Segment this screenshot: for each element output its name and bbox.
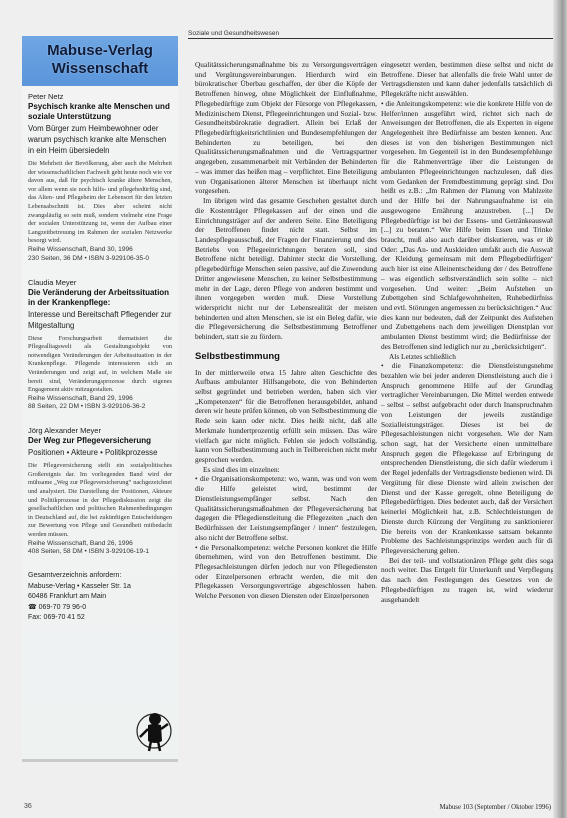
order-info: Gesamtverzeichnis anfordern: Mabuse-Verl… <box>28 571 172 624</box>
book-price: 230 Seiten, 36 DM • ISBN 3-929106-35-0 <box>28 255 172 264</box>
book-title: Psychisch kranke alte Menschen und sozia… <box>28 102 172 122</box>
book-description: Die Pflegeversicherung stellt ein sozial… <box>28 462 172 539</box>
order-city: 60486 Frankfurt am Main <box>28 592 172 603</box>
book-author: Peter Netz <box>28 92 172 102</box>
issue-footer: Mabuse 103 (September / Oktober 1996) <box>439 804 551 811</box>
article-column-1: Qualitätssicherungsmaßnahme bis zu Verso… <box>195 60 377 601</box>
order-fax: Fax: 069-70 41 52 <box>28 613 172 624</box>
magazine-page: Soziale und Gesundheitswesen Mabuse-Verl… <box>0 0 567 818</box>
ad-banner: Mabuse-Verlag Wissenschaft <box>22 36 178 86</box>
bullet-paragraph: • die Anleitungskompetenz: wie die konkr… <box>381 99 556 352</box>
article-column-2: eingesetzt werden, bestimmen diese selbs… <box>381 60 556 604</box>
page-binding-edge <box>553 0 567 818</box>
page-number: 36 <box>24 803 32 810</box>
book-series: Reihe Wissenschaft, Band 30, 1996 <box>28 246 172 255</box>
paragraph: Im übrigen wird das gesamte Geschehen ge… <box>195 196 377 342</box>
book-author: Jörg Alexander Meyer <box>28 426 172 436</box>
paragraph: Als Letztes schließlich <box>381 352 556 362</box>
order-heading: Gesamtverzeichnis anfordern: <box>28 571 172 582</box>
book-series: Reihe Wissenschaft, Band 26, 1996 <box>28 540 172 549</box>
running-header: Soziale und Gesundheitswesen <box>188 30 554 39</box>
book-entry: Jörg Alexander Meyer Der Weg zur Pflegev… <box>28 426 172 557</box>
book-subtitle: Positionen • Akteure • Politikprozesse <box>28 447 172 458</box>
publisher-advertisement: Mabuse-Verlag Wissenschaft Peter Netz Ps… <box>22 36 178 762</box>
bullet-paragraph: • die Finanzkompetenz: die Dienstleistun… <box>381 361 556 555</box>
book-description: Diese Forschungsarbeit thematisiert die … <box>28 335 172 395</box>
book-entry: Peter Netz Psychisch kranke alte Mensche… <box>28 92 172 264</box>
book-series: Reihe Wissenschaft, Band 29, 1996 <box>28 395 172 404</box>
bullet-paragraph: • die Organisationskompetenz: wo, wann, … <box>195 474 377 542</box>
order-address: Mabuse-Verlag • Kasseler Str. 1a <box>28 582 172 593</box>
paragraph: In der mittlerweile etwa 15 Jahre alten … <box>195 368 377 465</box>
book-price: 408 Seiten, 58 DM • ISBN 3-929106-19-1 <box>28 548 172 557</box>
paragraph: Es sind dies im einzelnen: <box>195 465 377 475</box>
paragraph: Bei der teil- und vollstationären Pflege… <box>381 556 556 605</box>
section-heading: Selbstbestimmung <box>195 352 377 362</box>
bullet-paragraph: • die Personalkompetenz: welche Personen… <box>195 543 377 601</box>
book-subtitle: Vom Bürger zum Heimbewohner oder warum p… <box>28 123 172 156</box>
book-title: Der Weg zur Pflegeversicherung <box>28 436 172 446</box>
ad-banner-line-1: Mabuse-Verlag <box>22 42 178 60</box>
book-author: Claudia Meyer <box>28 278 172 288</box>
paragraph: eingesetzt werden, bestimmen diese selbs… <box>381 60 556 99</box>
book-price: 88 Seiten, 22 DM • ISBN 3-929106-36-2 <box>28 403 172 412</box>
book-description: Die Mehrheit der Bevölkerung, aber auch … <box>28 160 172 246</box>
book-title: Die Veränderung der Arbeitssituation in … <box>28 288 172 308</box>
book-subtitle: Interesse und Bereitschaft Pflegender zu… <box>28 309 172 331</box>
order-phone: ☎ 069-70 79 96-0 <box>28 603 172 614</box>
mabuse-mascot-icon <box>134 707 174 753</box>
book-entry: Claudia Meyer Die Veränderung der Arbeit… <box>28 278 172 413</box>
ad-banner-line-2: Wissenschaft <box>22 60 178 78</box>
paragraph: Qualitätssicherungsmaßnahme bis zu Verso… <box>195 60 377 196</box>
